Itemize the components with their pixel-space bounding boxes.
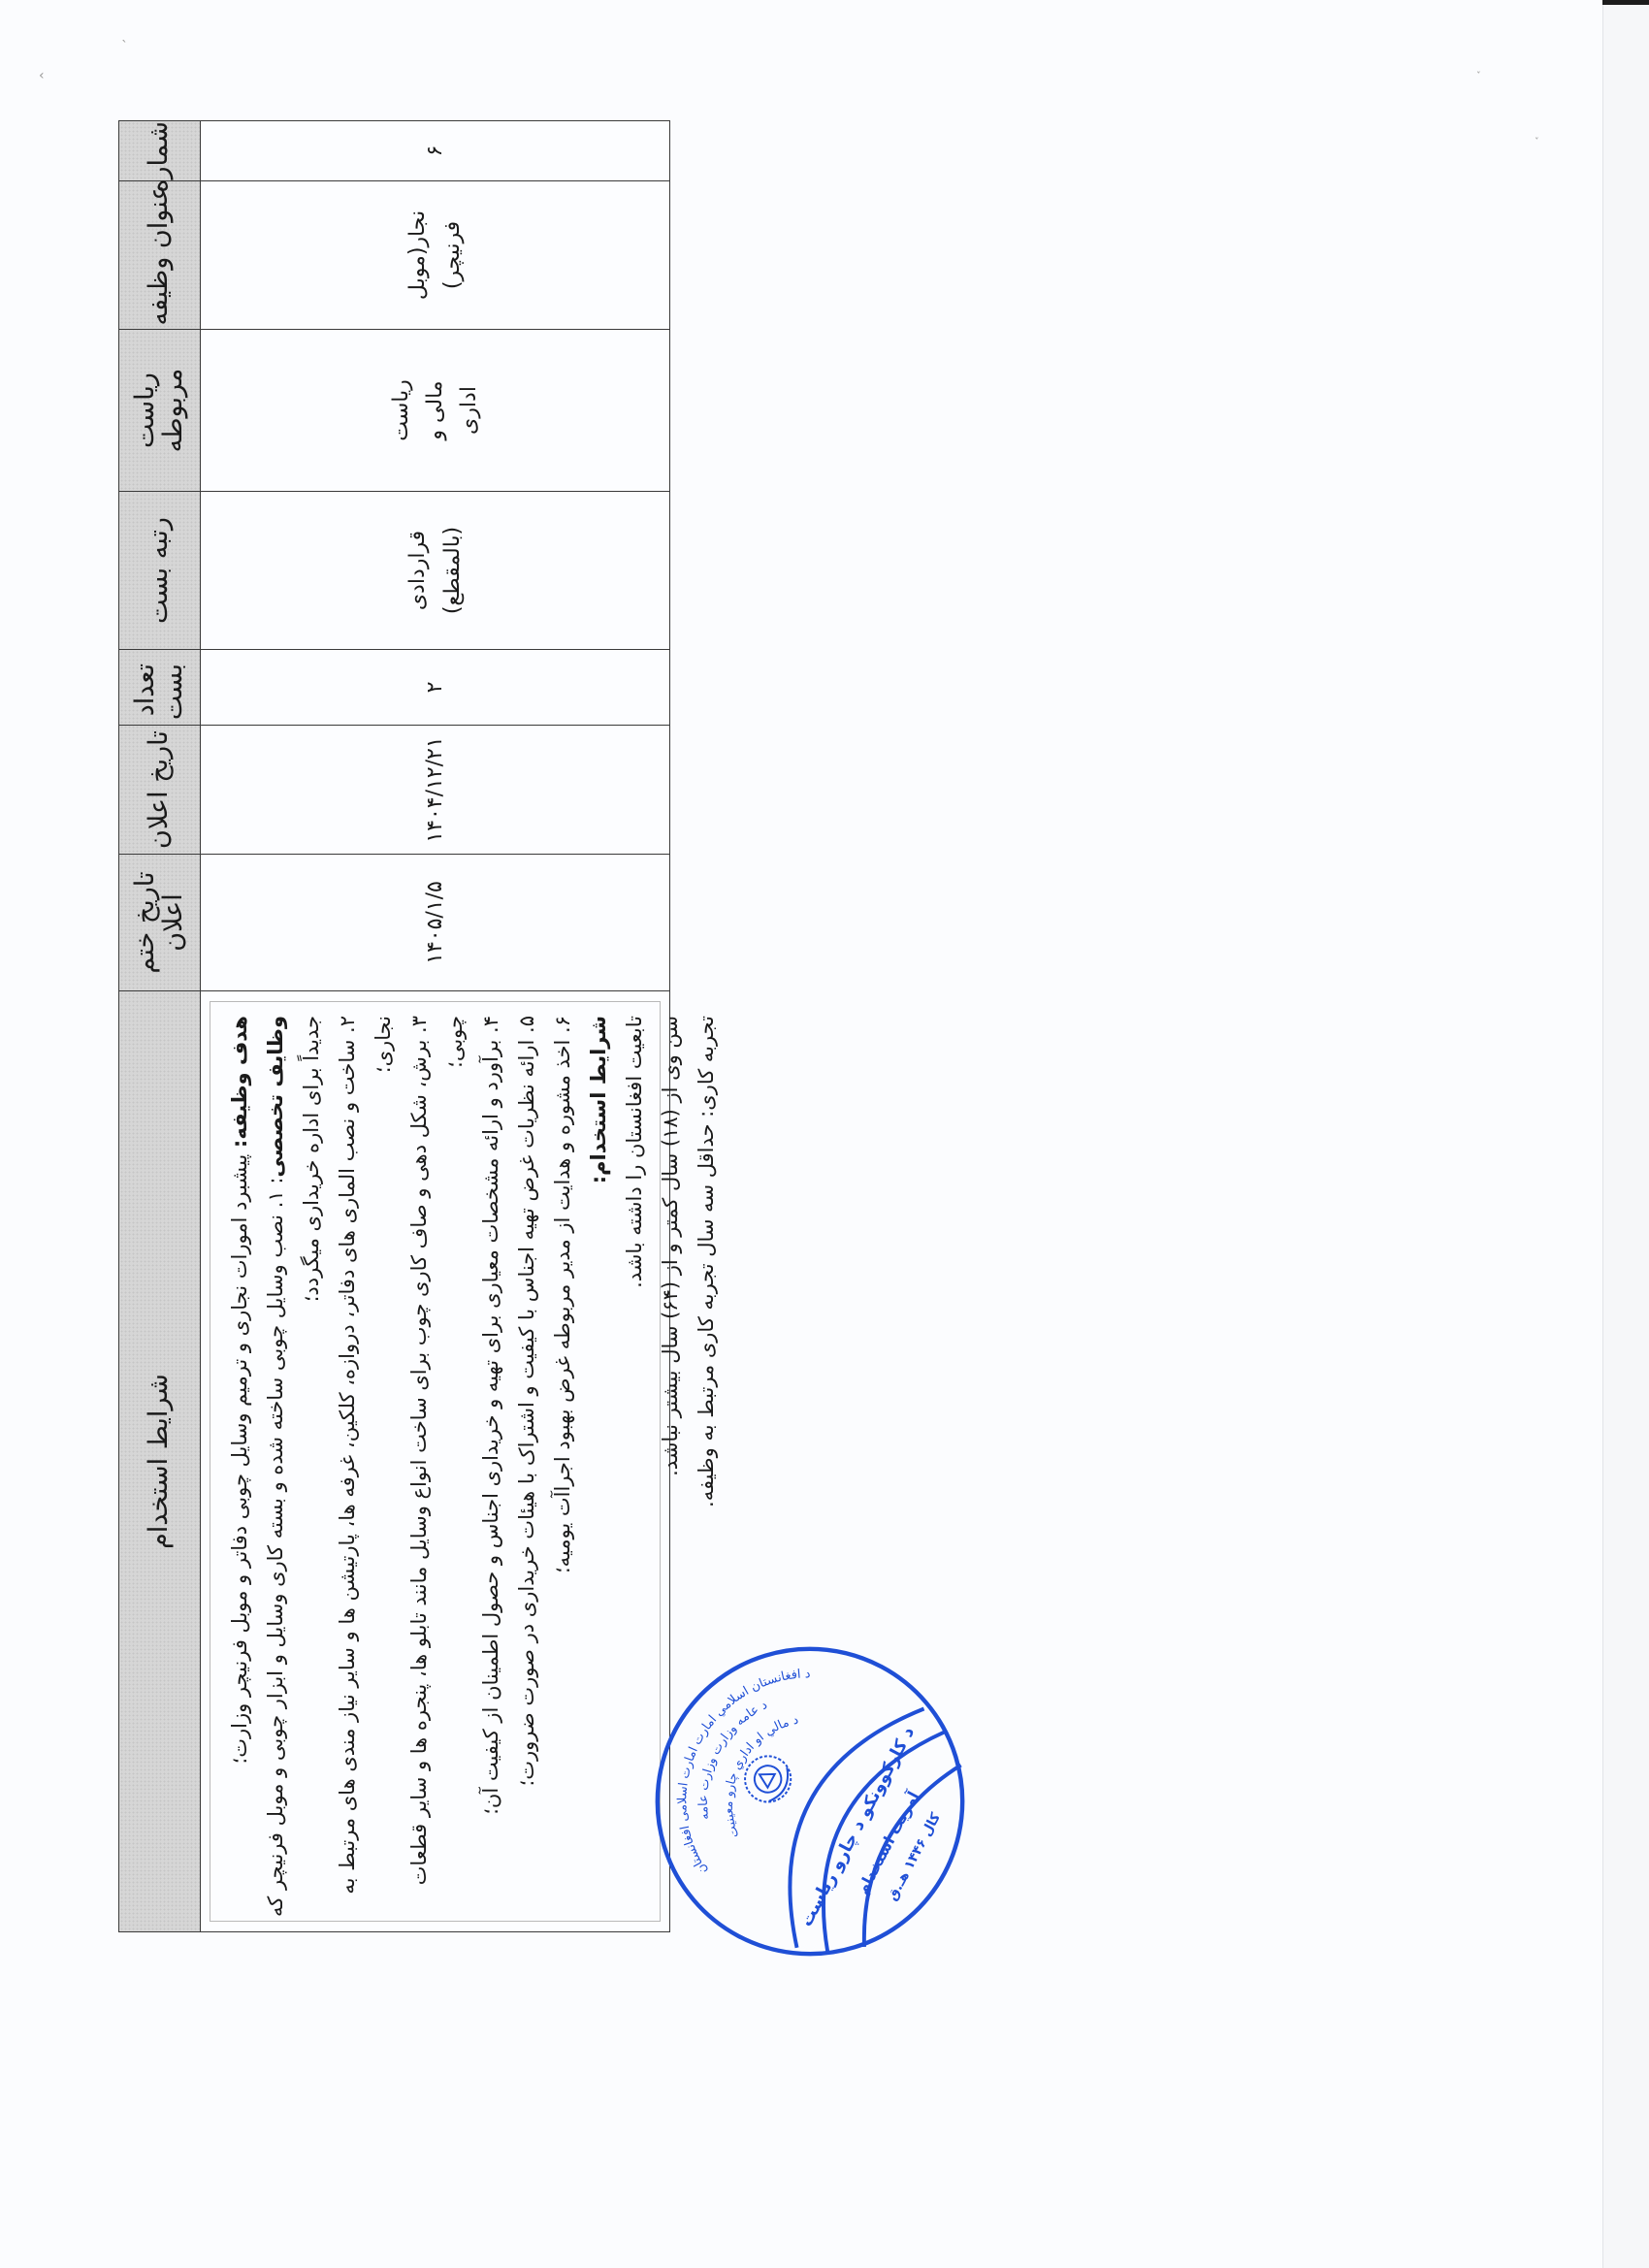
duty-line: ۳. برش، شکل دهی و صاف کاری چوب برای ساخت…: [402, 1016, 437, 1907]
duty-line: نجاری؛: [366, 1016, 402, 1907]
duty-line: ۵. ارائه نظریات غرض تهیه اجناس با کیفیت …: [509, 1016, 545, 1907]
duty-line: ۲. ساخت و نصب الماری های دفاتر، دروازه، …: [330, 1016, 366, 1907]
duty-line: جدیداً برای اداره خریداری میگردد؛: [294, 1016, 330, 1907]
cell-announcement-date: ۱۴۰۴/۱۲/۲۱: [201, 726, 670, 855]
scan-speck: ‹: [39, 68, 45, 83]
header-department: ریاست مربوطه: [119, 330, 201, 492]
header-number: شماره: [119, 121, 201, 181]
header-announcement-date: تاریخ اعلان: [119, 726, 201, 855]
conditions-box: هدف وظیفه: پیشبرد امورات نجاری و ترمیم و…: [210, 1001, 661, 1922]
requirements-label: شرایط استخدام:: [581, 1016, 617, 1907]
duty-line: ۴. برآورد و ارائه مشخصات معیاری برای تهی…: [473, 1016, 509, 1907]
scan-speck: ˯: [1535, 124, 1539, 141]
header-positions-count: تعداد بست: [119, 650, 201, 726]
scan-edge: [1602, 0, 1649, 2268]
cell-closing-date: ۱۴۰۵/۱/۵: [201, 855, 670, 991]
cell-job-title: نجار(موبل فرنیچر): [201, 181, 670, 330]
header-closing-date: تاریخ ختم اعلان: [119, 855, 201, 991]
cell-conditions: هدف وظیفه: پیشبرد امورات نجاری و ترمیم و…: [201, 991, 670, 1932]
purpose-line: هدف وظیفه: پیشبرد امورات نجاری و ترمیم و…: [222, 1016, 258, 1907]
header-conditions: شرایط استخدام: [119, 991, 201, 1932]
purpose-text: پیشبرد امورات نجاری و ترمیم وسایل چوبی د…: [228, 1148, 251, 1764]
cell-positions-count: ۲: [201, 650, 670, 726]
cell-department: ریاست مالی و اداری: [201, 330, 670, 492]
scan-speck: ˎ: [121, 27, 128, 43]
duty-line: چوبی؛: [437, 1016, 473, 1907]
header-grade: رتبه بست: [119, 492, 201, 650]
rotated-page: شماره عنوان وظیفه ریاست مربوطه رتبه بست …: [118, 121, 667, 1932]
header-row: شماره عنوان وظیفه ریاست مربوطه رتبه بست …: [119, 121, 201, 1932]
job-announcement-table: شماره عنوان وظیفه ریاست مربوطه رتبه بست …: [118, 120, 670, 1932]
purpose-label: هدف وظیفه:: [228, 1016, 251, 1148]
cell-grade: قراردادی (بالمقطع): [201, 492, 670, 650]
scan-speck: ˯: [1476, 58, 1481, 75]
duties-label: وظایف تخصصی: [264, 1016, 287, 1178]
header-job-title: عنوان وظیفه: [119, 181, 201, 330]
duty-line: وظایف تخصصی: ۱. نصب وسایل چوبی ساخته شده…: [258, 1016, 294, 1907]
duty-line: ۶. اخذ مشوره و هدایت از مدیر مربوطه غرض …: [545, 1016, 581, 1907]
cell-number: ۶: [201, 121, 670, 181]
table-row: ۶ نجار(موبل فرنیچر) ریاست مالی و اداری ق…: [201, 121, 670, 1932]
scan-edge-shadow: [1602, 0, 1649, 5]
